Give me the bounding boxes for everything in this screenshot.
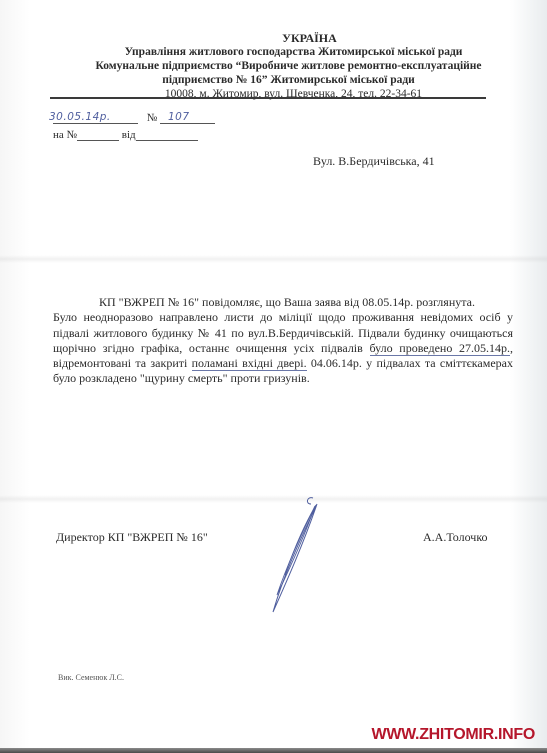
letterhead-divider bbox=[50, 97, 486, 99]
handwritten-underline-2: поламані вхідні двері. bbox=[192, 356, 307, 371]
letterhead-department: Управління житлового господарства Житоми… bbox=[40, 45, 547, 59]
handwritten-date: 30.05.14р. bbox=[49, 111, 111, 123]
outgoing-ref-row: 30.05.14р. № 107 bbox=[53, 111, 215, 128]
scan-bottom-edge bbox=[0, 748, 547, 753]
reply-to-label: на № bbox=[53, 129, 77, 141]
from-label: від bbox=[122, 129, 136, 141]
signatory-title: Директор КП "ВЖРЕП № 16" bbox=[56, 530, 208, 545]
reference-block: 30.05.14р. № 107 на № від bbox=[53, 111, 215, 145]
number-label: № bbox=[147, 112, 158, 124]
body-paragraph-2: Було неодноразово направлено листи до мі… bbox=[53, 310, 513, 386]
handwritten-number: 107 bbox=[168, 111, 190, 123]
incoming-ref-row: на № від bbox=[53, 128, 215, 145]
handwritten-underline-1: було проведено 27.05.14р. bbox=[370, 341, 511, 356]
number-field: 107 bbox=[160, 111, 215, 124]
executor-note: Вик. Семенюк Л.С. bbox=[58, 673, 124, 682]
reply-number-field bbox=[77, 128, 119, 141]
reply-date-field bbox=[136, 128, 198, 141]
addressee: Вул. В.Бердичівська, 41 bbox=[313, 154, 435, 169]
signature-icon bbox=[255, 490, 325, 620]
letterhead: УКРАЇНА Управління житлового господарств… bbox=[0, 31, 547, 101]
document-page: УКРАЇНА Управління житлового господарств… bbox=[0, 0, 547, 753]
body-paragraph-1: КП "ВЖРЕП № 16" повідомляє, що Ваша заяв… bbox=[53, 295, 513, 310]
letter-body: КП "ВЖРЕП № 16" повідомляє, що Ваша заяв… bbox=[53, 295, 513, 387]
letterhead-enterprise-cont: підприємство № 16” Житомирської міської … bbox=[30, 73, 547, 87]
date-field: 30.05.14р. bbox=[53, 111, 138, 124]
paper-fold-shadow bbox=[0, 255, 547, 263]
letterhead-country: УКРАЇНА bbox=[72, 31, 547, 45]
letterhead-enterprise: Комунальне підприємство “Виробниче житло… bbox=[30, 59, 547, 73]
signatory-name: А.А.Толочко bbox=[423, 530, 488, 545]
site-watermark: WWW.ZHITOMIR.INFO bbox=[372, 726, 535, 744]
handwritten-signature bbox=[255, 490, 325, 625]
